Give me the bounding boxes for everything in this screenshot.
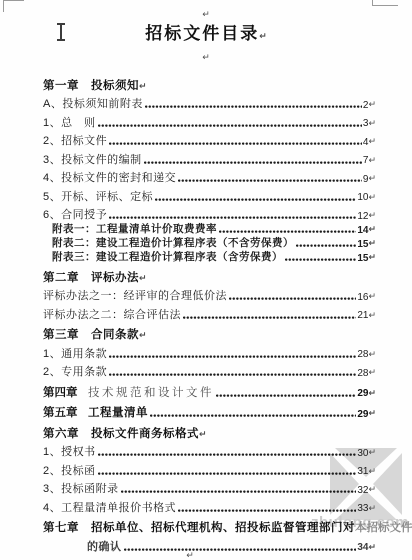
dot-leader (150, 413, 356, 418)
toc-row-chapter: 第一章 投标须知↵ (43, 74, 376, 93)
toc-row-entry: 2、投标函31↵ (43, 459, 376, 478)
toc-entry-text: 1、通用条款 (43, 348, 107, 361)
toc-row-entry: 1、授权书30↵ (43, 441, 376, 460)
toc-chapter-text: 第七章 招标单位、招标代理机构、招投标监督管理部门对 (43, 522, 355, 535)
paragraph-mark: ↵ (368, 137, 376, 148)
dot-leader (109, 354, 356, 359)
paragraph-mark: ↵ (139, 331, 147, 342)
toc-chapter-text: 第二章 评标办法 (43, 272, 139, 285)
toc-row-appendix: 附表二：建设工程造价计算程序表（不含劳保费）15↵ (43, 236, 376, 250)
empty-paragraph-line: ↵ (0, 49, 412, 62)
toc-row-entry: 评标办法之一：经评审的合理低价法16↵ (43, 285, 376, 304)
toc-page-number: 15 (357, 239, 368, 251)
paragraph-mark: ↵ (368, 389, 376, 400)
paragraph-mark: ↵ (368, 409, 376, 420)
toc-page-number: 16 (357, 292, 368, 304)
toc-row-entry: 4、投标文件的密封和递交9↵ (43, 167, 376, 186)
toc-page-number: 30 (357, 448, 368, 460)
toc-row-entry: 6、合同授予12↵ (43, 204, 376, 223)
dot-leader (229, 296, 356, 301)
toc-page-number: 31 (357, 466, 368, 478)
table-of-contents: 第一章 投标须知↵A、投标须知前附表2↵1、总 则3↵2、招标文件4↵3、投标文… (43, 74, 376, 554)
toc-page-number: 14 (357, 225, 368, 237)
toc-page-number: 12 (357, 211, 368, 223)
dot-leader (144, 160, 362, 165)
paragraph-mark: ↵ (186, 551, 194, 560)
toc-row-entry: 3、投标函附录32↵ (43, 478, 376, 497)
dot-leader (216, 393, 356, 398)
toc-chapter-title: 技术规范和设计文件 (88, 387, 214, 400)
toc-entry-text: 1、总 则 (43, 117, 96, 130)
toc-row-chapter_wrap: 第七章 招标单位、招标代理机构、招投标监督管理部门对本招标文件↵ (43, 517, 376, 536)
paragraph-mark: ↵ (368, 211, 376, 222)
toc-entry-text: 2、专用条款 (43, 366, 107, 379)
toc-row-entry: 2、专用条款28↵ (43, 361, 376, 380)
dot-leader (219, 229, 356, 234)
dot-leader (155, 197, 356, 202)
toc-row-chapter: 第六章 投标文件商务标格式↵ (43, 422, 376, 441)
dot-leader (145, 104, 362, 109)
toc-entry-text: 6、合同授予 (43, 209, 107, 222)
toc-row-appendix: 附表三：建设工程造价计算程序表（含劳保费）15↵ (43, 250, 376, 264)
toc-page-number: 10 (357, 192, 368, 204)
empty-paragraph-line: ↵ (0, 6, 412, 19)
dot-leader (98, 123, 362, 128)
paragraph-mark: ↵ (368, 368, 376, 379)
toc-entry-text: 1、授权书 (43, 446, 96, 459)
paragraph-mark: ↵ (259, 32, 267, 42)
toc-row-entry: 评标办法之二：综合评估法21↵ (43, 303, 376, 322)
toc-page-number: 29 (357, 388, 368, 400)
dot-leader (109, 141, 362, 146)
dot-leader (178, 508, 356, 513)
toc-chapter-text-tail: 本招标文件 (355, 522, 412, 535)
toc-entry-text: 2、投标函 (43, 465, 96, 478)
page-title-text: 招标文件目录 (145, 24, 259, 43)
dot-leader (296, 243, 356, 248)
toc-entry-text: 附表二：建设工程造价计算程序表（不含劳保费） (52, 237, 294, 250)
toc-chapter-title: 工程量清单 (88, 407, 148, 420)
paragraph-mark: ↵ (368, 100, 376, 111)
empty-paragraph-line: ↵ (0, 545, 380, 560)
dot-leader (178, 178, 362, 183)
paragraph-mark: ↵ (202, 53, 210, 63)
paragraph-mark: ↵ (368, 225, 376, 236)
toc-entry-text: 4、投标文件的密封和递交 (43, 172, 176, 185)
paragraph-mark: ↵ (368, 119, 376, 130)
toc-page-number: 15 (357, 253, 368, 265)
dot-leader (109, 215, 356, 220)
paragraph-mark: ↵ (368, 485, 376, 496)
toc-entry-text: 3、投标文件的编制 (43, 154, 142, 167)
toc-row-entry: 5、开标、评标、定标10↵ (43, 185, 376, 204)
toc-row-entry: 4、工程量清单报价书格式33↵ (43, 496, 376, 515)
document-header: ↵ 招标文件目录↵ ↵ (0, 6, 412, 62)
toc-entry-text: A、投标须知前附表 (43, 98, 143, 111)
page-title: 招标文件目录↵ (0, 19, 412, 49)
toc-entry-text: 评标办法之二：综合评估法 (43, 309, 181, 322)
dot-leader (121, 489, 357, 494)
toc-entry-text: 评标办法之一：经评审的合理低价法 (43, 290, 227, 303)
paragraph-mark: ↵ (368, 467, 376, 478)
toc-page-number: 28 (357, 368, 368, 380)
toc-row-chapter_entry: 第四章技术规范和设计文件29↵ (43, 381, 376, 400)
toc-chapter-label: 第四章 (43, 387, 88, 400)
toc-row-entry: 2、招标文件4↵ (43, 130, 376, 149)
paragraph-mark: ↵ (368, 156, 376, 167)
toc-entry-text: 附表一：工程量清单计价取费费率 (52, 223, 217, 236)
toc-chapter-text: 第六章 投标文件商务标格式 (43, 428, 199, 441)
toc-chapter-label: 第五章 (43, 407, 88, 420)
toc-entry-text: 4、工程量清单报价书格式 (43, 502, 176, 515)
toc-entry-text: 附表三：建设工程造价计算程序表（含劳保费） (52, 251, 283, 264)
toc-page-number: 32 (357, 485, 368, 497)
dot-leader (183, 315, 356, 320)
toc-entry-text: 2、招标文件 (43, 135, 107, 148)
paragraph-mark: ↵ (199, 430, 207, 441)
paragraph-mark: ↵ (368, 311, 376, 322)
toc-row-entry: 1、总 则3↵ (43, 111, 376, 130)
paragraph-mark: ↵ (368, 193, 376, 204)
toc-row-chapter: 第二章 评标办法↵ (43, 266, 376, 285)
paragraph-mark: ↵ (368, 174, 376, 185)
paragraph-mark: ↵ (139, 82, 147, 93)
paragraph-mark: ↵ (368, 239, 376, 250)
toc-row-entry: 3、投标文件的编制7↵ (43, 148, 376, 167)
paragraph-mark: ↵ (368, 350, 376, 361)
paragraph-mark: ↵ (368, 292, 376, 303)
paragraph-mark: ↵ (368, 253, 376, 264)
toc-row-appendix: 附表一：工程量清单计价取费费率14↵ (43, 222, 376, 236)
dot-leader (109, 372, 356, 377)
toc-page-number: 21 (357, 310, 368, 322)
paragraph-mark: ↵ (368, 448, 376, 459)
toc-entry-text: 3、投标函附录 (43, 483, 119, 496)
toc-entry-text: 5、开标、评标、定标 (43, 191, 153, 204)
toc-page-number: 28 (357, 349, 368, 361)
toc-row-chapter: 第三章 合同条款↵ (43, 324, 376, 343)
toc-page-number: 33 (357, 503, 368, 515)
toc-row-entry: 1、通用条款28↵ (43, 342, 376, 361)
toc-row-entry: A、投标须知前附表2↵ (43, 93, 376, 112)
dot-leader (285, 257, 356, 262)
toc-row-chapter_entry: 第五章工程量清单29↵ (43, 402, 376, 421)
toc-chapter-text: 第一章 投标须知 (43, 80, 139, 93)
dot-leader (98, 471, 357, 476)
paragraph-mark: ↵ (139, 274, 147, 285)
dot-leader (98, 452, 357, 457)
paragraph-mark: ↵ (368, 504, 376, 515)
toc-chapter-text: 第三章 合同条款 (43, 329, 139, 342)
toc-page-number: 29 (357, 409, 368, 421)
